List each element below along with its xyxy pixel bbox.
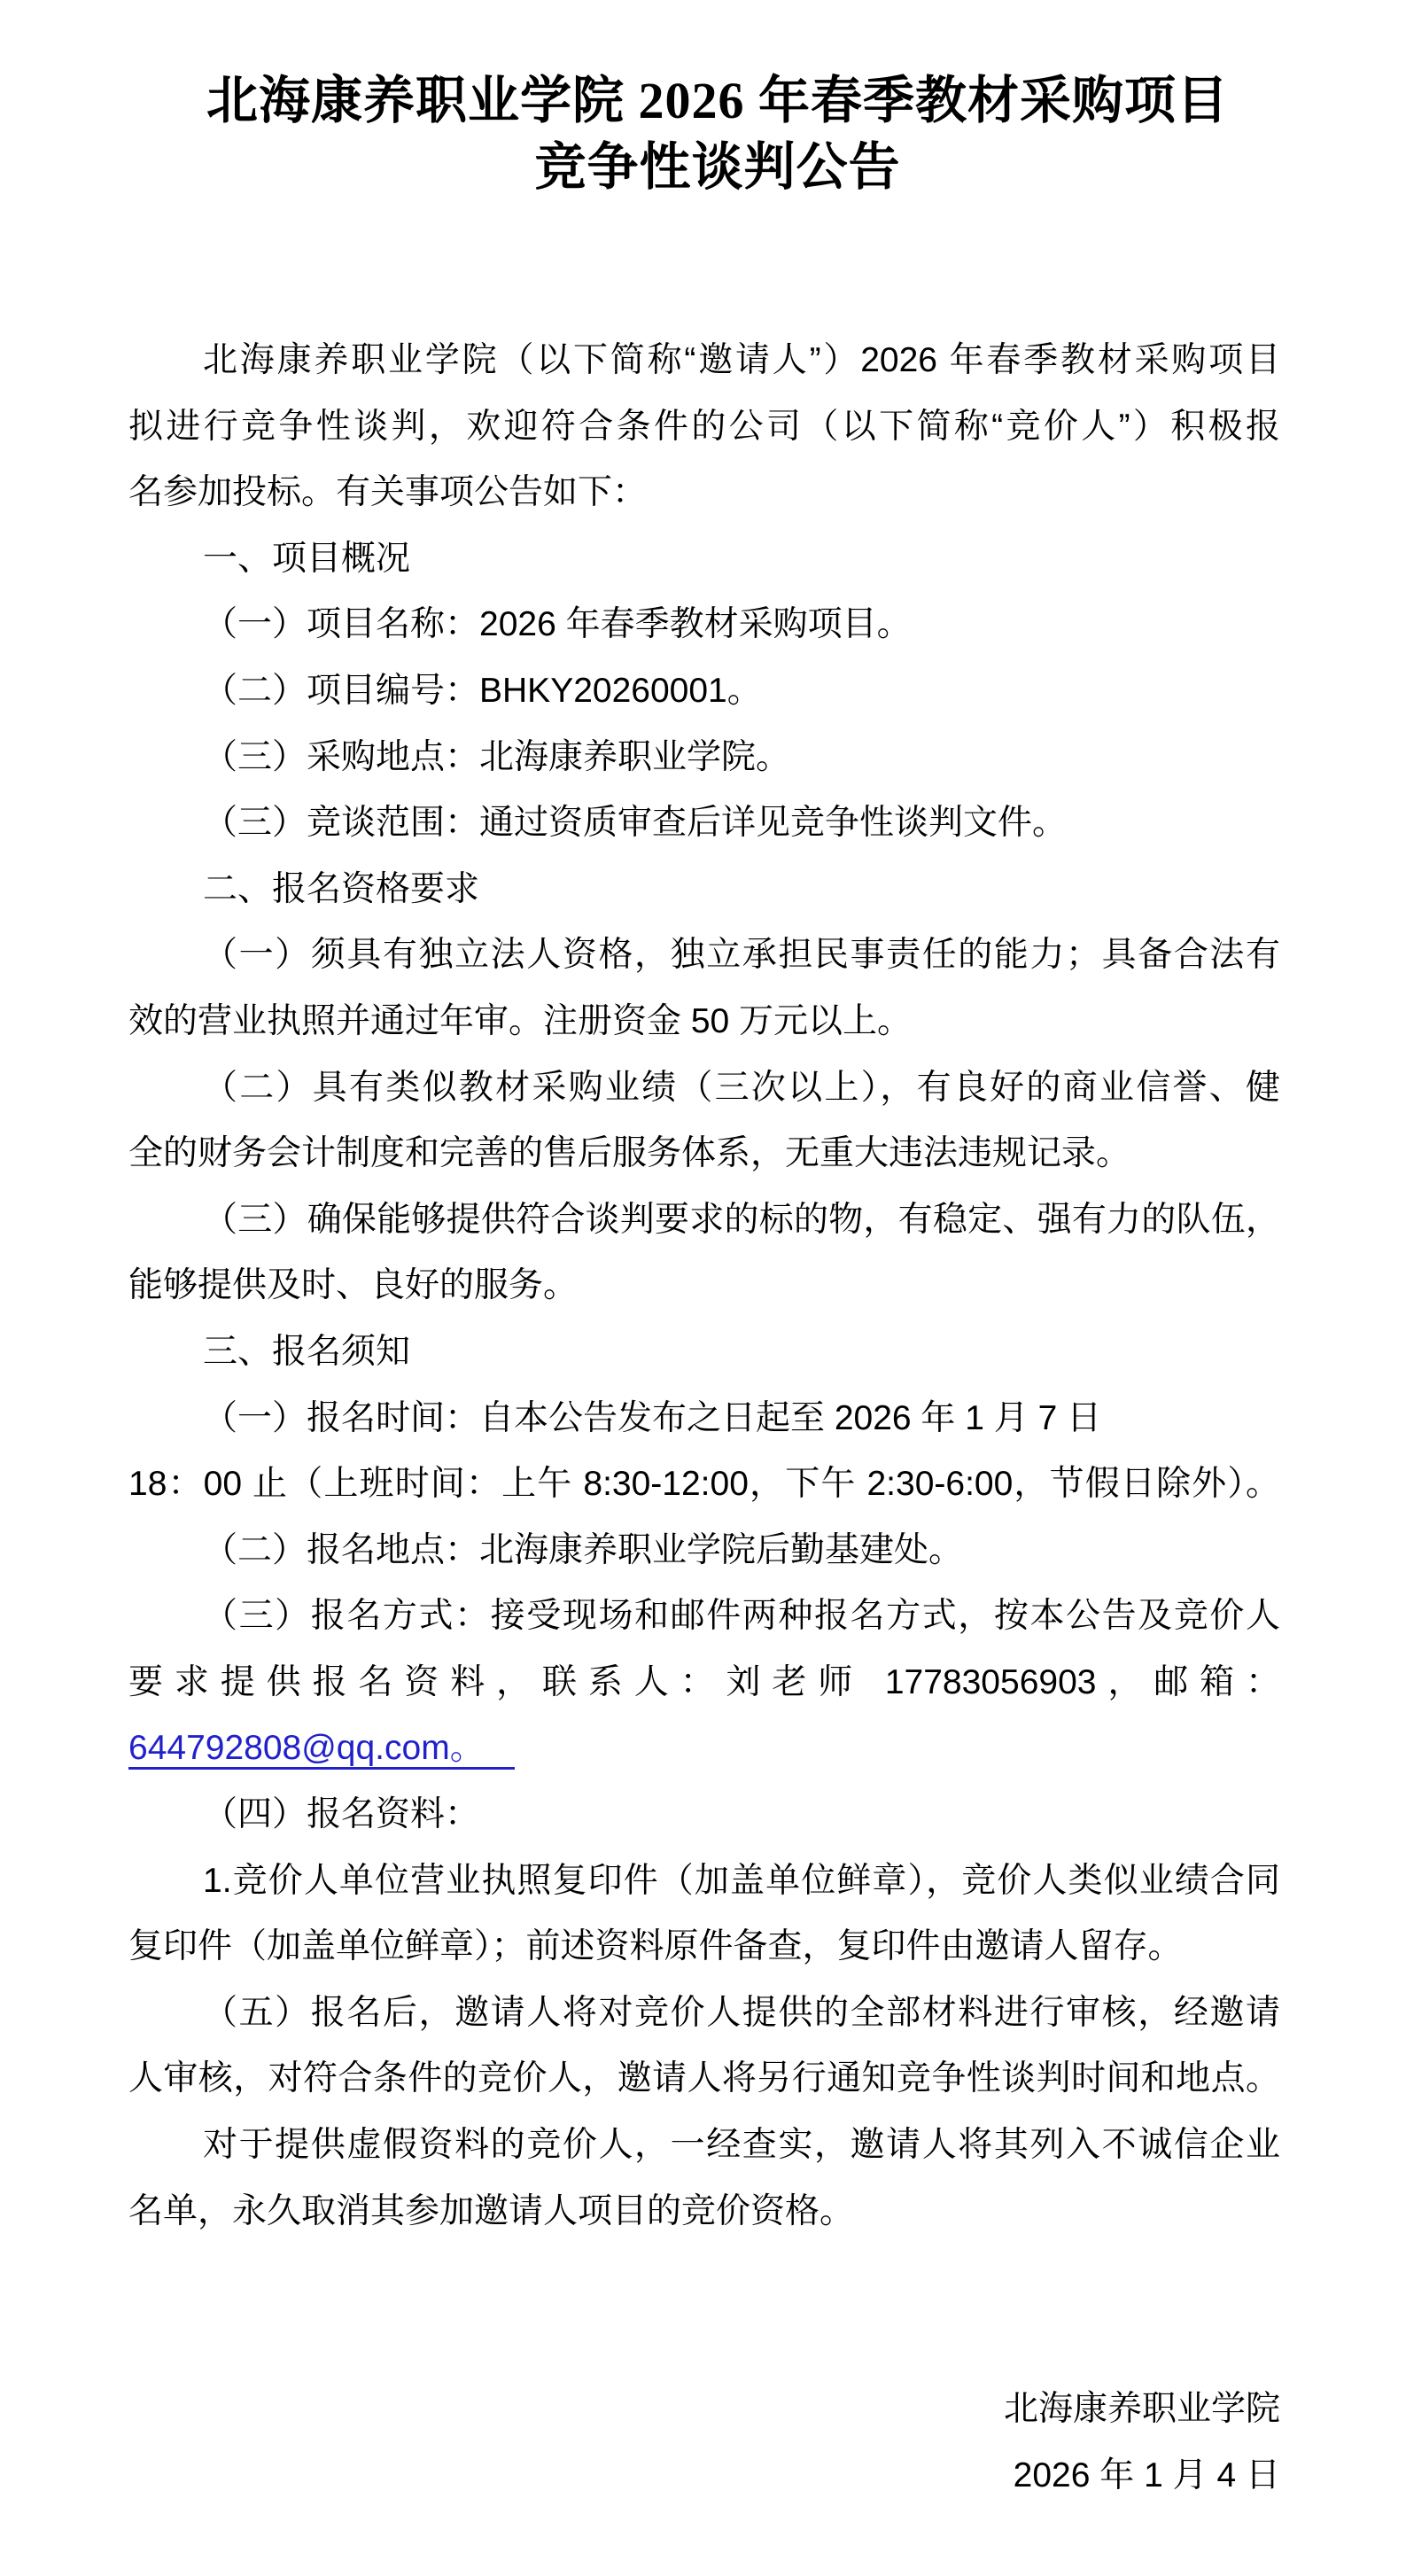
qualification-line: （一）须具有独立法人资格，独立承担民事责任的能力；具备合法有: [128, 922, 1280, 989]
signature-date: 2026 年 1 月 4 日: [128, 2443, 1280, 2510]
intro-paragraph-line: 拟进行竞争性谈判，欢迎符合条件的公司（以下简称“竞价人”）积极报: [128, 394, 1280, 461]
qualification-line: 能够提供及时、良好的服务。: [128, 1253, 1280, 1319]
intro-paragraph-line: 北海康养职业学院（以下简称“邀请人”）2026 年春季教材采购项目: [128, 328, 1280, 394]
registration-materials-heading: （四）报名资料：: [128, 1782, 1280, 1848]
document-title-line2: 竞争性谈判公告: [142, 134, 1293, 200]
section-heading-project-overview: 一、项目概况: [128, 526, 1280, 593]
qualification-line: （二）具有类似教材采购业绩（三次以上），有良好的商业信誉、健: [128, 1055, 1280, 1122]
fraud-warning-line: 对于提供虚假资料的竞价人，一经查实，邀请人将其列入不诚信企业: [128, 2113, 1280, 2179]
qualification-line: 全的财务会计制度和完善的售后服务体系，无重大违法违规记录。: [128, 1121, 1280, 1187]
registration-place-line: （二）报名地点：北海康养职业学院后勤基建处。: [128, 1518, 1280, 1584]
registration-time-line: （一）报名时间：自本公告发布之日起至 2026 年 1 月 7 日: [128, 1386, 1280, 1452]
contact-info-line: 要求提供报名资料，联系人：刘老师 17783056903，邮箱：: [128, 1650, 1280, 1716]
review-notice-line: 人审核，对符合条件的竞价人，邀请人将另行通知竞争性谈判时间和地点。: [128, 2046, 1280, 2113]
registration-time-line: 18：00 止（上班时间：上午 8:30-12:00，下午 2:30-6:00，…: [128, 1451, 1280, 1518]
project-number-line: （二）项目编号：BHKY20260001。: [128, 658, 1280, 725]
qualification-line: 效的营业执照并通过年审。注册资金 50 万元以上。: [128, 989, 1280, 1055]
document-title-line1: 北海康养职业学院 2026 年春季教材采购项目: [142, 67, 1293, 134]
signature-gap: [128, 2245, 1280, 2377]
email-link[interactable]: 644792808@qq.com。: [128, 1729, 515, 1770]
document-title: 北海康养职业学院 2026 年春季教材采购项目 竞争性谈判公告: [142, 67, 1293, 200]
section-heading-registration: 三、报名须知: [128, 1319, 1280, 1386]
section-heading-qualification: 二、报名资格要求: [128, 857, 1280, 923]
purchase-location-line: （三）采购地点：北海康养职业学院。: [128, 725, 1280, 791]
qualification-line: （三）确保能够提供符合谈判要求的标的物，有稳定、强有力的队伍，: [128, 1187, 1280, 1254]
registration-materials-line: 1.竞价人单位营业执照复印件（加盖单位鲜章），竞价人类似业绩合同: [128, 1848, 1280, 1915]
email-link-line: 644792808@qq.com。: [128, 1716, 1280, 1782]
document-page: 北海康养职业学院 2026 年春季教材采购项目 竞争性谈判公告 北海康养职业学院…: [0, 0, 1406, 2576]
negotiation-scope-line: （三）竞谈范围：通过资质审查后详见竞争性谈判文件。: [128, 790, 1280, 857]
document-body: 北海康养职业学院（以下简称“邀请人”）2026 年春季教材采购项目 拟进行竞争性…: [128, 328, 1280, 2509]
review-notice-line: （五）报名后，邀请人将对竞价人提供的全部材料进行审核，经邀请: [128, 1981, 1280, 2047]
registration-method-line: （三）报名方式：接受现场和邮件两种报名方式，按本公告及竞价人: [128, 1584, 1280, 1650]
intro-paragraph-line: 名参加投标。有关事项公告如下：: [128, 460, 1280, 526]
registration-materials-line: 复印件（加盖单位鲜章）；前述资料原件备查，复印件由邀请人留存。: [128, 1914, 1280, 1981]
project-name-line: （一）项目名称：2026 年春季教材采购项目。: [128, 592, 1280, 658]
fraud-warning-line: 名单，永久取消其参加邀请人项目的竞价资格。: [128, 2179, 1280, 2245]
signature-org: 北海康养职业学院: [128, 2377, 1280, 2443]
